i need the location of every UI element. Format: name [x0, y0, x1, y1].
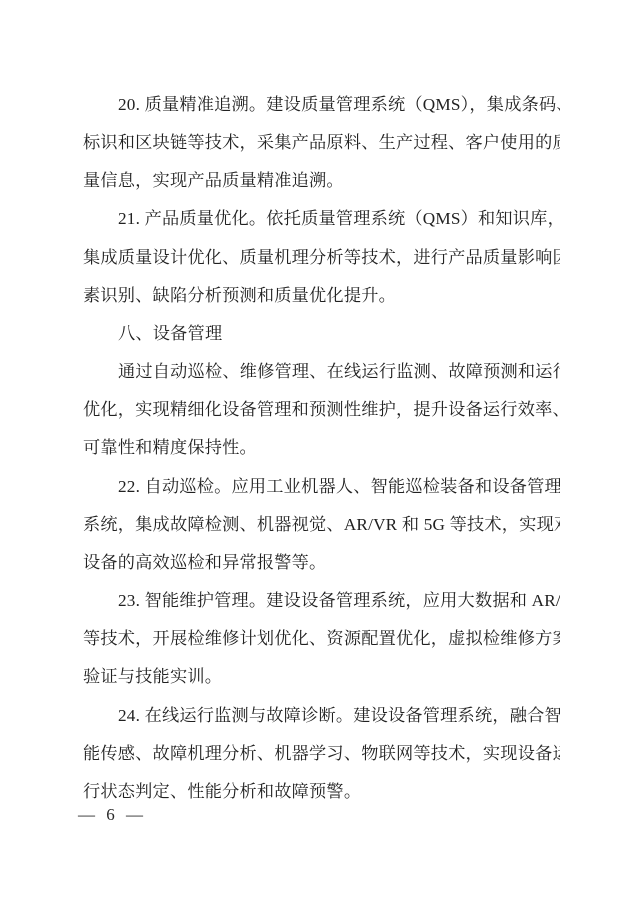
document-page: 20. 质量精准追溯。建设质量管理系统（QMS），集成条码、 标识和区块链等技术…	[0, 0, 636, 900]
paragraph-item-20-line-2: 标识和区块链等技术，采集产品原料、生产过程、客户使用的质	[83, 124, 560, 162]
paragraph-item-23-line-3: 验证与技能实训。	[83, 658, 560, 696]
paragraph-item-20-line-3: 量信息，实现产品质量精准追溯。	[83, 162, 560, 200]
page-number: — 6 —	[78, 805, 147, 824]
section-8-heading-text: 八、设备管理	[83, 315, 560, 353]
paragraph-item-24-line-1: 24. 在线运行监测与故障诊断。建设设备管理系统，融合智	[83, 697, 560, 735]
paragraph-item-23-line-2: 等技术，开展检维修计划优化、资源配置优化，虚拟检维修方案	[83, 620, 560, 658]
paragraph-item-20: 20. 质量精准追溯。建设质量管理系统（QMS），集成条码、 标识和区块链等技术…	[83, 86, 560, 200]
paragraph-item-24-line-2: 能传感、故障机理分析、机器学习、物联网等技术，实现设备运	[83, 735, 560, 773]
paragraph-item-21-line-1: 21. 产品质量优化。依托质量管理系统（QMS）和知识库，	[83, 200, 560, 238]
paragraph-item-22-line-1: 22. 自动巡检。应用工业机器人、智能巡检装备和设备管理	[83, 468, 560, 506]
paragraph-item-22-line-2: 系统，集成故障检测、机器视觉、AR/VR 和 5G 等技术，实现对	[83, 506, 560, 544]
paragraph-item-21-line-3: 素识别、缺陷分析预测和质量优化提升。	[83, 277, 560, 315]
section-8-intro-line-1: 通过自动巡检、维修管理、在线运行监测、故障预测和运行	[83, 353, 560, 391]
section-8-heading: 八、设备管理	[83, 315, 560, 353]
paragraph-item-23: 23. 智能维护管理。建设设备管理系统，应用大数据和 AR/VR 等技术，开展检…	[83, 582, 560, 696]
paragraph-item-21: 21. 产品质量优化。依托质量管理系统（QMS）和知识库， 集成质量设计优化、质…	[83, 200, 560, 314]
section-8-intro-line-2: 优化，实现精细化设备管理和预测性维护，提升设备运行效率、	[83, 391, 560, 429]
paragraph-item-24-line-3: 行状态判定、性能分析和故障预警。	[83, 773, 560, 811]
paragraph-item-23-line-1: 23. 智能维护管理。建设设备管理系统，应用大数据和 AR/VR	[83, 582, 560, 620]
paragraph-section-8-intro: 通过自动巡检、维修管理、在线运行监测、故障预测和运行 优化，实现精细化设备管理和…	[83, 353, 560, 467]
paragraph-item-22: 22. 自动巡检。应用工业机器人、智能巡检装备和设备管理 系统，集成故障检测、机…	[83, 468, 560, 582]
page-footer: — 6 —	[78, 802, 147, 828]
section-8-intro-line-3: 可靠性和精度保持性。	[83, 429, 560, 467]
paragraph-item-24: 24. 在线运行监测与故障诊断。建设设备管理系统，融合智 能传感、故障机理分析、…	[83, 697, 560, 811]
paragraph-item-22-line-3: 设备的高效巡检和异常报警等。	[83, 544, 560, 582]
paragraph-item-21-line-2: 集成质量设计优化、质量机理分析等技术，进行产品质量影响因	[83, 239, 560, 277]
document-body: 20. 质量精准追溯。建设质量管理系统（QMS），集成条码、 标识和区块链等技术…	[83, 86, 560, 811]
paragraph-item-20-line-1: 20. 质量精准追溯。建设质量管理系统（QMS），集成条码、	[83, 86, 560, 124]
